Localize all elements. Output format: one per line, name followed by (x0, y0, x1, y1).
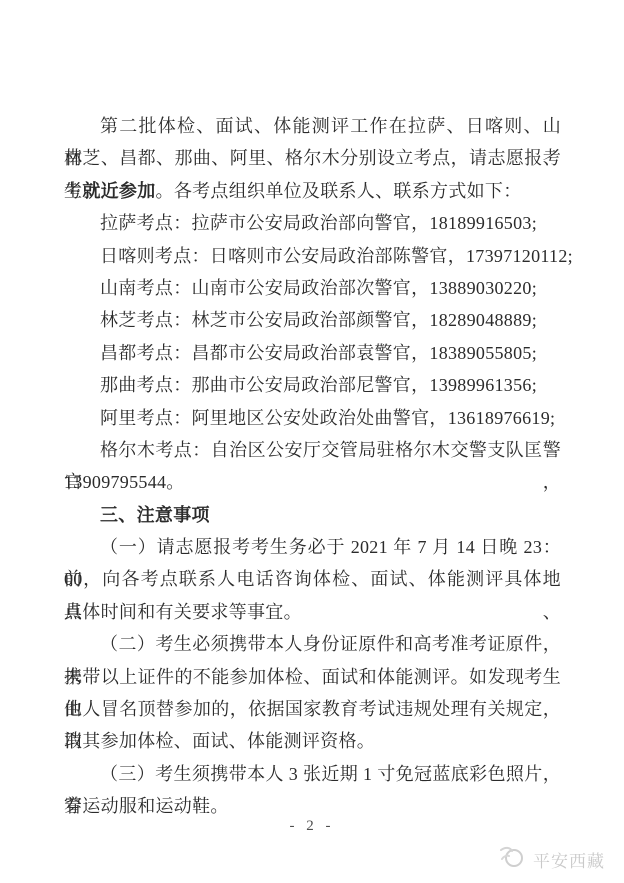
bold-text-segment: 就近参加 (82, 181, 155, 201)
scanned-document-page: 第二批体检、面试、体能测评工作在拉萨、日喀则、山南、林芝、昌都、那曲、阿里、格尔… (0, 0, 624, 883)
text-line: 林芝考点：林芝市公安局政治部颜警官，18289048889; (64, 304, 561, 336)
text-segment: 具体时间和有关要求等事宜。 (64, 602, 302, 622)
page-number: - 2 - (0, 818, 624, 835)
text-line: 林芝、昌都、那曲、阿里、格尔木分别设立考点，请志愿报考考 (64, 142, 561, 174)
text-segment: 昌都考点：昌都市公安局政治部袁警官，18389055805; (100, 343, 537, 363)
text-line: 拉萨考点：拉萨市公安局政治部向警官，18189916503; (64, 207, 561, 239)
text-line: 消其参加体检、面试、体能测评资格。 (64, 725, 561, 757)
text-line: 昌都考点：昌都市公安局政治部袁警官，18389055805; (64, 337, 561, 369)
text-line: 山南考点：山南市公安局政治部次警官，13889030220; (64, 272, 561, 304)
text-segment: 阿里考点：阿里地区公安处政治处曲警官，13618976619; (100, 408, 555, 428)
text-line: 生就近参加。各考点组织单位及联系人、联系方式如下： (64, 175, 561, 207)
text-line: 携带以上证件的不能参加体检、面试和体能测评。如发现考生由 (64, 661, 561, 693)
watermark: 平安西藏 (499, 845, 605, 874)
bold-text-segment: 三、注意事项 (100, 505, 210, 525)
text-segment: 消其参加体检、面试、体能测评资格。 (64, 731, 375, 751)
watermark-text: 平安西藏 (533, 847, 605, 872)
text-segment: 。各考点组织单位及联系人、联系方式如下： (156, 181, 522, 201)
text-segment: 13909795544。 (64, 472, 185, 492)
text-segment: 山南考点：山南市公安局政治部次警官，13889030220; (100, 278, 537, 298)
text-line: 他人冒名顶替参加的，依据国家教育考试违规处理有关规定，取 (64, 693, 561, 725)
text-line: 第二批体检、面试、体能测评工作在拉萨、日喀则、山南、 (64, 110, 561, 142)
text-line: 格尔木考点：自治区公安厅交管局驻格尔木交警支队匡警官， (64, 434, 561, 466)
document-lines: 第二批体检、面试、体能测评工作在拉萨、日喀则、山南、林芝、昌都、那曲、阿里、格尔… (64, 110, 561, 823)
text-segment: 着运动服和运动鞋。 (64, 796, 229, 816)
dove-badge-icon (499, 845, 526, 874)
text-line: （二）考生必须携带本人身份证原件和高考准考证原件，未 (64, 628, 561, 660)
text-segment: 那曲考点：那曲市公安局政治部尼警官，13989961356; (100, 375, 537, 395)
text-line: 前，向各考点联系人电话咨询体检、面试、体能测评具体地点、 (64, 563, 561, 595)
text-segment: 日喀则考点：日喀则市公安局政治部陈警官，17397120112; (100, 246, 573, 266)
text-line: 日喀则考点：日喀则市公安局政治部陈警官，17397120112; (64, 240, 561, 272)
text-line: 那曲考点：那曲市公安局政治部尼警官，13989961356; (64, 369, 561, 401)
text-line: （一）请志愿报考考生务必于 2021 年 7 月 14 日晚 23：00 (64, 531, 561, 563)
text-segment: 拉萨考点：拉萨市公安局政治部向警官，18189916503; (100, 213, 537, 233)
text-line: 三、注意事项 (64, 499, 561, 531)
text-segment: 生 (64, 181, 82, 201)
text-line: （三）考生须携带本人 3 张近期 1 寸免冠蓝底彩色照片，穿 (64, 758, 561, 790)
text-line: 阿里考点：阿里地区公安处政治处曲警官，13618976619; (64, 402, 561, 434)
text-segment: 林芝考点：林芝市公安局政治部颜警官，18289048889; (100, 310, 537, 330)
